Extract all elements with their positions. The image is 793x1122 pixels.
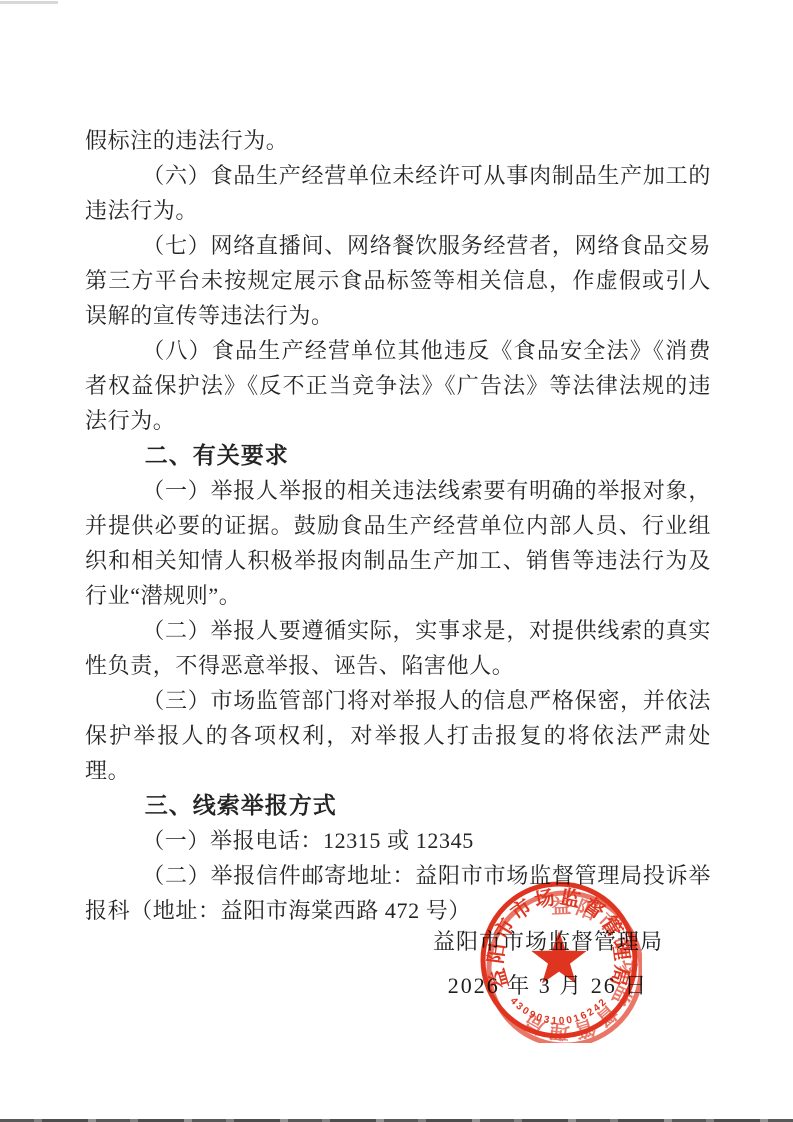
body-paragraph: （六）食品生产经营单位未经许可从事肉制品生产加工的违法行为。 xyxy=(85,158,711,228)
section-heading: 三、线索举报方式 xyxy=(85,788,711,823)
body-paragraph: （七）网络直播间、网络餐饮服务经营者，网络食品交易第三方平台未按规定展示食品标签… xyxy=(85,228,711,333)
body-paragraph: （二）举报人要遵循实际，实事求是，对提供线索的真实性负责，不得恶意举报、诬告、陷… xyxy=(85,613,711,683)
body-paragraph: 假标注的违法行为。 xyxy=(85,123,711,158)
body-paragraph: （八）食品生产经营单位其他违反《食品安全法》《消费者权益保护法》《反不正当竞争法… xyxy=(85,333,711,438)
seal-main-impression: 益阳市市场监督管理局 43090310016242 xyxy=(483,884,635,1036)
scanned-document-page: 假标注的违法行为。（六）食品生产经营单位未经许可从事肉制品生产加工的违法行为。（… xyxy=(0,0,793,1122)
section-heading: 二、有关要求 xyxy=(85,438,711,473)
document-body: 假标注的违法行为。（六）食品生产经营单位未经许可从事肉制品生产加工的违法行为。（… xyxy=(85,123,711,928)
official-seal: 益阳市市场监督管理局 益阳市市场监督管理局 43090310016242 xyxy=(476,877,642,1043)
body-paragraph: （一）举报人举报的相关违法线索要有明确的举报对象，并提供必要的证据。鼓励食品生产… xyxy=(85,473,711,613)
body-paragraph: （三）市场监管部门将对举报人的信息严格保密，并依法保护举报人的各项权利，对举报人… xyxy=(85,683,711,788)
body-paragraph: （一）举报电话：12315 或 12345 xyxy=(85,823,711,858)
scan-artifact-top xyxy=(0,1,58,4)
seal-star-icon xyxy=(531,931,586,984)
